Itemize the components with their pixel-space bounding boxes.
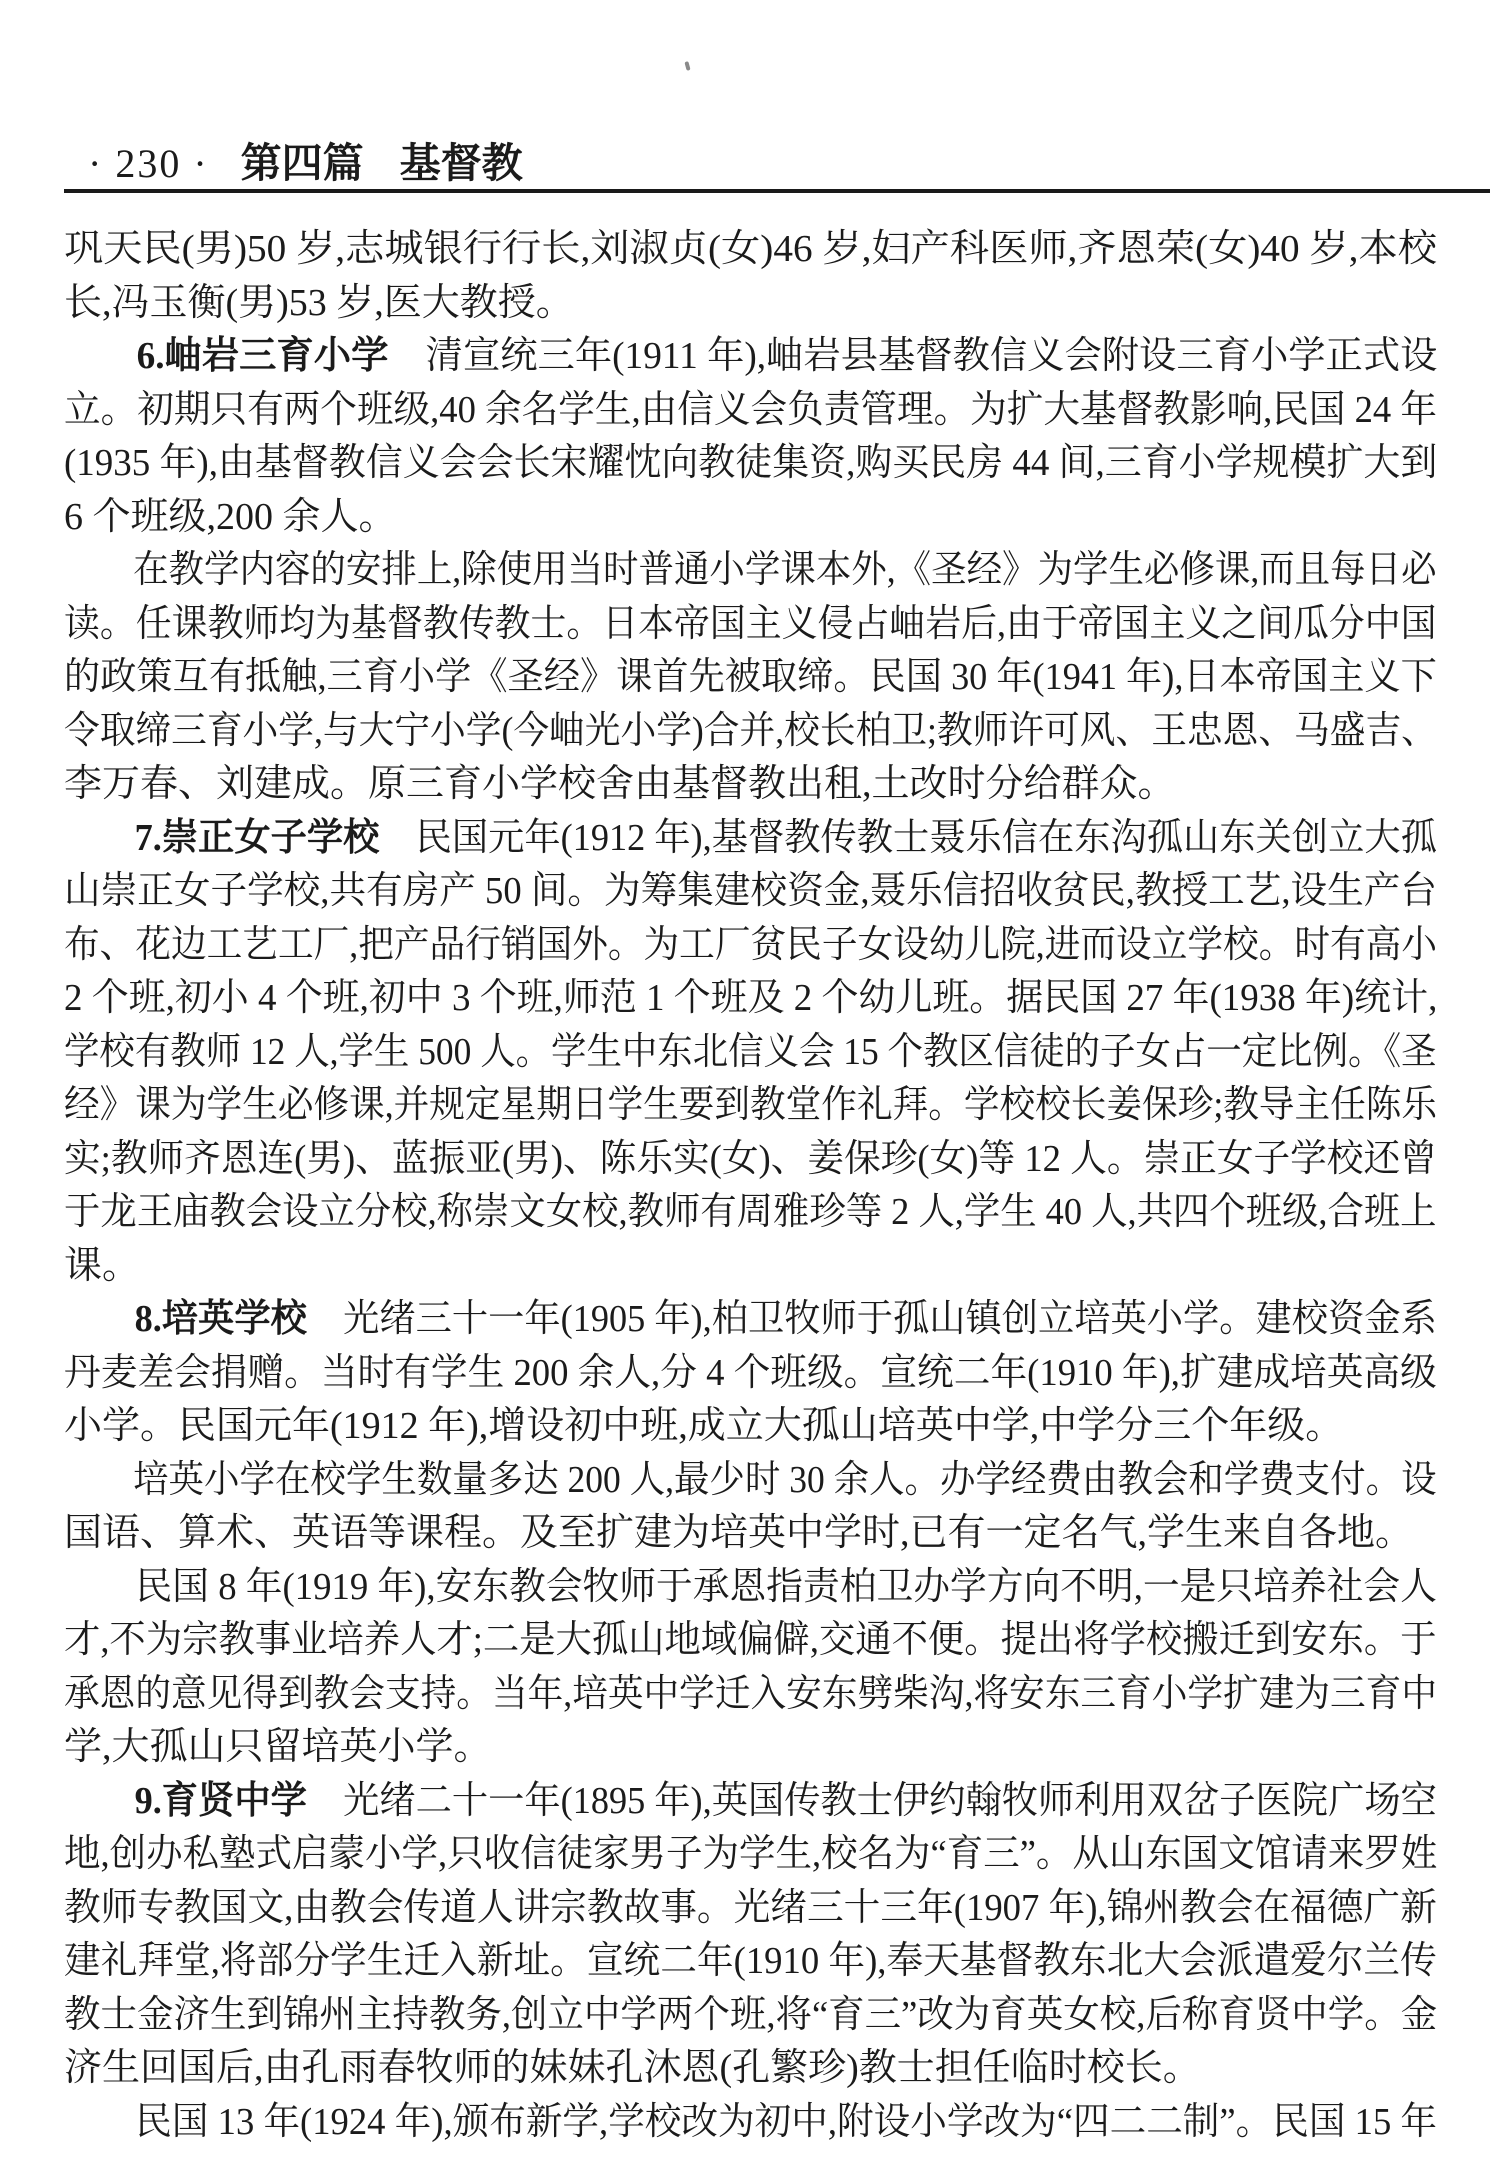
text-line: 于龙王庙教会设立分校,称崇文女校,教师有周雅珍等 2 人,学生 40 人,共四个… [64, 1186, 1437, 1240]
text-line: 丹麦差会捐赠。当时有学生 200 余人,分 4 个班级。宣统二年(1910 年)… [64, 1347, 1437, 1401]
text-line: 2 个班,初小 4 个班,初中 3 个班,师范 1 个班及 2 个幼儿班。据民国… [64, 972, 1437, 1026]
text-line: 国语、算术、英语等课程。及至扩建为培英中学时,已有一定名气,学生来自各地。 [64, 1507, 1437, 1561]
entry-title: 8.培英学校 [135, 1298, 307, 1340]
section-title: 基督教 [400, 130, 523, 189]
page-number: · 230 · [88, 140, 209, 187]
text-line: 实;教师齐恩连(男)、蓝振亚(男)、陈乐实(女)、姜保珍(女)等 12 人。崇正… [64, 1133, 1437, 1187]
text-line: 培英小学在校学生数量多达 200 人,最少时 30 余人。办学经费由教会和学费支… [64, 1454, 1437, 1508]
text-line: 6 个班级,200 余人。 [64, 491, 1437, 545]
text-line: 9.育贤中学 光绪二十一年(1895 年),英国传教士伊约翰牧师利用双岔子医院广… [64, 1775, 1437, 1829]
section-label: 第四篇 [241, 130, 364, 189]
page: · 230 · 第四篇 基督教 巩天民(男)50 岁,志城银行行长,刘淑贞(女)… [0, 0, 1500, 2169]
text-line: 读。任课教师均为基督教传教士。日本帝国主义侵占岫岩后,由于帝国主义之间瓜分中国 [64, 598, 1437, 652]
text-line: 地,创办私塾式启蒙小学,只收信徒家男子为学生,校名为“育三”。从山东国文馆请来罗… [64, 1828, 1437, 1882]
text-line: 7.崇正女子学校 民国元年(1912 年),基督教传教士聂乐信在东沟孤山东关创立… [64, 812, 1437, 866]
text-line: 才,不为宗教事业培养人才;二是大孤山地域偏僻,交通不便。提出将学校搬迁到安东。于 [64, 1614, 1437, 1668]
text-line: 济生回国后,由孔雨春牧师的妹妹孔沐恩(孔繁珍)教士担任临时校长。 [64, 2042, 1437, 2096]
text-line: 承恩的意见得到教会支持。当年,培英中学迁入安东劈柴沟,将安东三育小学扩建为三育中 [64, 1668, 1437, 1722]
text-line: 教师专教国文,由教会传道人讲宗教故事。光绪三十三年(1907 年),锦州教会在福… [64, 1882, 1437, 1936]
text-line: 课。 [64, 1240, 1437, 1294]
text-line: (1935 年),由基督教信义会会长宋耀忱向教徒集资,购买民房 44 间,三育小… [64, 437, 1437, 491]
text-line: 民国 13 年(1924 年),颁布新学,学校改为初中,附设小学改为“四二二制”… [64, 2096, 1437, 2150]
text-line: 学校有教师 12 人,学生 500 人。学生中东北信义会 15 个教区信徒的子女… [64, 1026, 1437, 1080]
text-line: 李万春、刘建成。原三育小学校舍由基督教出租,土改时分给群众。 [64, 758, 1437, 812]
text-line: 民国 8 年(1919 年),安东教会牧师于承恩指责柏卫办学方向不明,一是只培养… [64, 1561, 1437, 1615]
header-rule [64, 189, 1490, 193]
text-line: 布、花边工艺工厂,把产品行销国外。为工厂贫民子女设幼儿院,进而设立学校。时有高小 [64, 919, 1437, 973]
text-line: 在教学内容的安排上,除使用当时普通小学课本外,《圣经》为学生必修课,而且每日必 [64, 544, 1437, 598]
entry-title: 6.岫岩三育小学 [137, 335, 389, 377]
text-line: 经》课为学生必修课,并规定星期日学生要到教堂作礼拜。学校校长姜保珍;教导主任陈乐 [64, 1079, 1437, 1133]
text-line: 的政策互有抵触,三育小学《圣经》课首先被取缔。民国 30 年(1941 年),日… [64, 651, 1437, 705]
entry-title: 9.育贤中学 [135, 1780, 307, 1822]
text-line: 建礼拜堂,将部分学生迁入新址。宣统二年(1910 年),奉天基督教东北大会派遣爱… [64, 1935, 1437, 1989]
text-line: 巩天民(男)50 岁,志城银行行长,刘淑贞(女)46 岁,妇产科医师,齐恩荣(女… [64, 223, 1437, 277]
page-header: · 230 · 第四篇 基督教 [88, 130, 523, 182]
text-line: 6.岫岩三育小学 清宣统三年(1911 年),岫岩县基督教信义会附设三育小学正式… [64, 330, 1437, 384]
text-line: 8.培英学校 光绪三十一年(1905 年),柏卫牧师于孤山镇创立培英小学。建校资… [64, 1293, 1437, 1347]
text-line: 令取缔三育小学,与大宁小学(今岫光小学)合并,校长柏卫;教师许可风、王忠恩、马盛… [64, 705, 1437, 759]
text-line: 教士金济生到锦州主持教务,创立中学两个班,将“育三”改为育英女校,后称育贤中学。… [64, 1989, 1437, 2043]
text-line: 学,大孤山只留培英小学。 [64, 1721, 1437, 1775]
scan-speck [684, 61, 690, 71]
text-line: 立。初期只有两个班级,40 余名学生,由信义会负责管理。为扩大基督教影响,民国 … [64, 384, 1437, 438]
text-line: 长,冯玉衡(男)53 岁,医大教授。 [64, 277, 1437, 331]
entry-title: 7.崇正女子学校 [135, 817, 380, 859]
body-text: 巩天民(男)50 岁,志城银行行长,刘淑贞(女)46 岁,妇产科医师,齐恩荣(女… [64, 223, 1437, 2149]
text-line: 山崇正女子学校,共有房产 50 间。为筹集建校资金,聂乐信招收贫民,教授工艺,设… [64, 865, 1437, 919]
text-line: 小学。民国元年(1912 年),增设初中班,成立大孤山培英中学,中学分三个年级。 [64, 1400, 1437, 1454]
